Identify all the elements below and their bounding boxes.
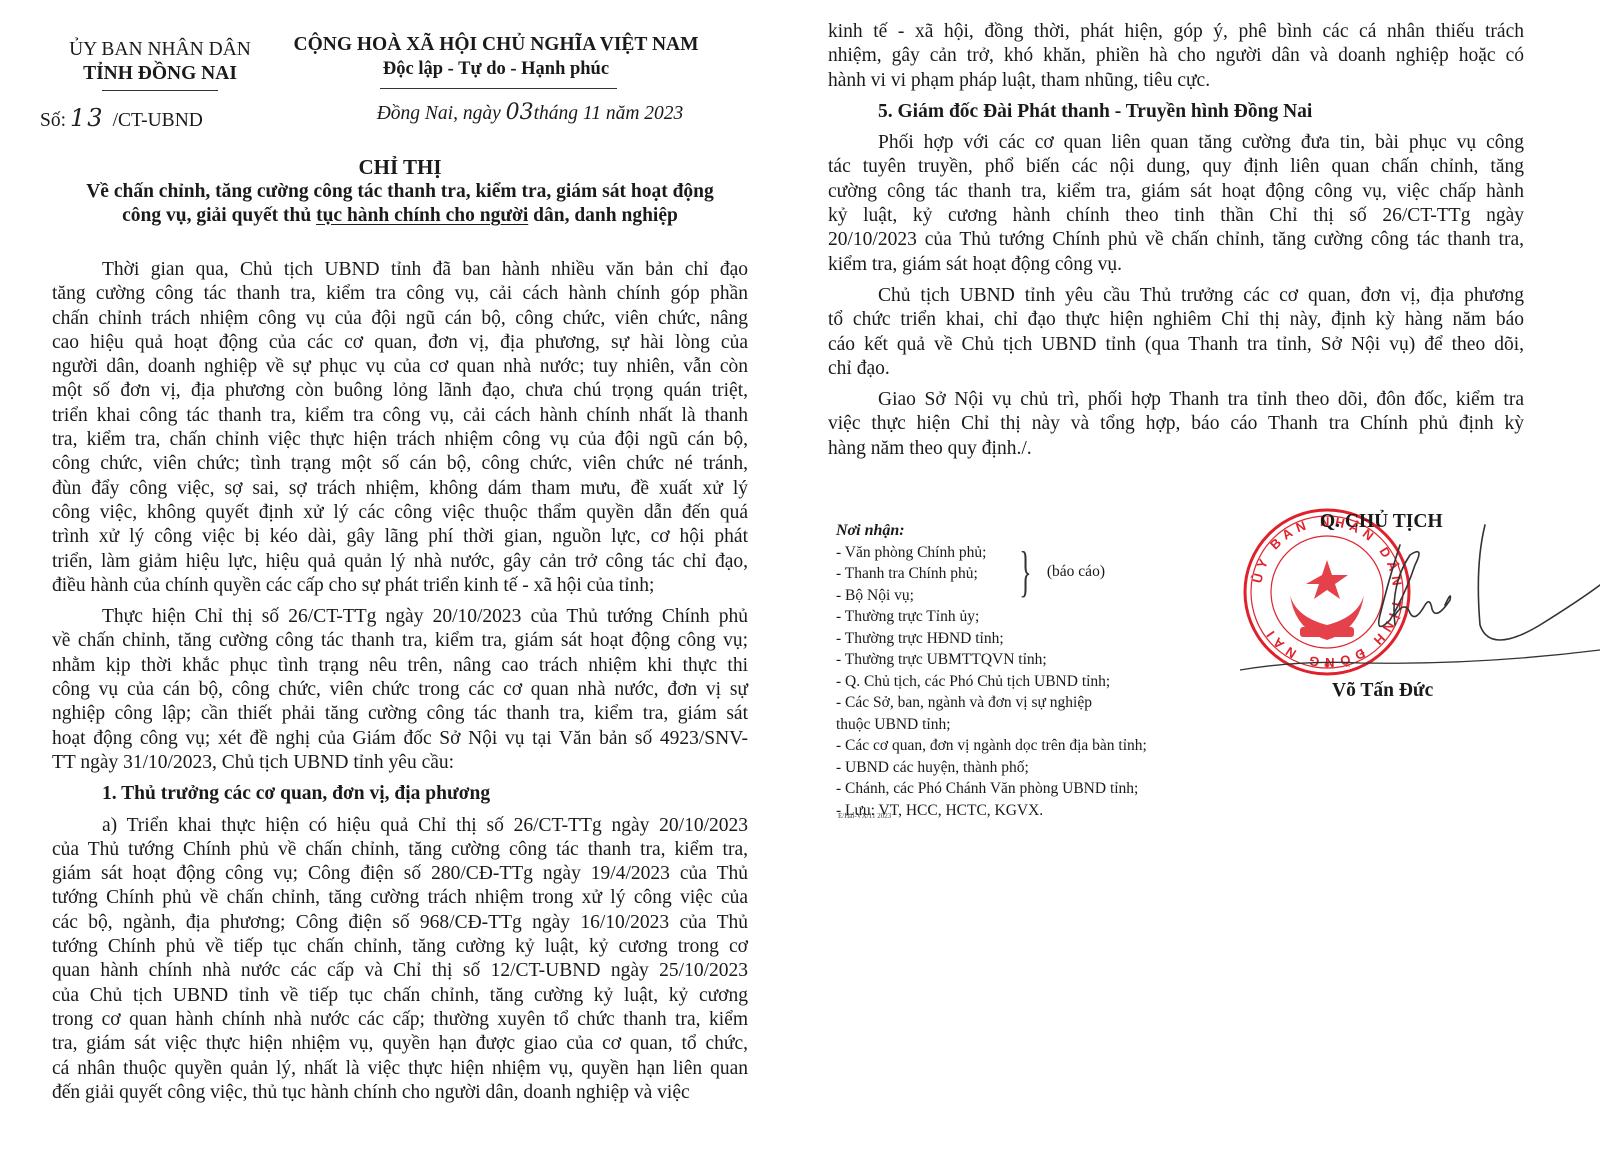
right-column-body: kinh tế - xã hội, đồng thời, phát hiện, … (828, 20, 1524, 461)
text-line: hàng năm theo quy định./. (828, 437, 1524, 461)
issuing-authority: ỦY BAN NHÂN DÂN TỈNH ĐỒNG NAI (40, 38, 280, 86)
text-line: của Chủ tịch UBND tỉnh về tiếp tục chấn … (52, 984, 748, 1008)
text-line: TT ngày 31/10/2023, Chủ tịch UBND tỉnh y… (52, 751, 748, 775)
doc-type: CHỈ THỊ (40, 154, 760, 180)
text-line: nhiệm, gây cản trở, khó khăn, phiền hà c… (828, 44, 1524, 68)
text-line: nhằm kịp thời khắc phục tình trạng nêu t… (52, 654, 748, 678)
text-line: công vụ của cán bộ, công chức, viên chức… (52, 678, 748, 702)
text-line: 20/10/2023 của Thủ tướng Chính phủ về ch… (828, 228, 1524, 252)
text-line: của Thủ tướng Chính phủ về chấn chỉnh, t… (52, 838, 748, 862)
text-line: tra, giám sát việc thực hiện nhiệm vụ, q… (52, 1032, 748, 1056)
signatory-title: Q. CHỦ TỊCH (1320, 511, 1443, 533)
text-line: quan hành chính nhà nước các cấp và Chỉ … (52, 959, 748, 983)
text-line: công việc, không quyết định xử lý các cô… (52, 501, 748, 525)
paragraph-reporting: Chủ tịch UBND tỉnh yêu cầu Thủ trưởng cá… (828, 284, 1524, 381)
paragraph-continued: kinh tế - xã hội, đồng thời, phát hiện, … (828, 20, 1524, 93)
text-line: triển, làm giảm hiệu lực, hiệu quả quản … (52, 550, 748, 574)
subject-underlined-part: tục hành chính cho người (316, 205, 528, 226)
recipient-item: - Các cơ quan, đơn vị ngành dọc trên địa… (836, 735, 1147, 757)
text-line: cáo kết quả về Chủ tịch UBND tỉnh (qua T… (828, 333, 1524, 357)
text-line: Phối hợp với các cơ quan liên quan tăng … (828, 131, 1524, 155)
recipient-item: - Q. Chủ tịch, các Phó Chủ tịch UBND tỉn… (836, 671, 1147, 693)
section-5-heading: 5. Giám đốc Đài Phát thanh - Truyền hình… (828, 100, 1524, 124)
motto-underline (380, 88, 617, 89)
subject-part: dân, danh nghiệp (528, 205, 678, 226)
signature-block: ỦY BAN NHÂN DÂN TỈNH ĐỒNG NAI Q. CHỦ TỊC… (1240, 505, 1600, 725)
subject-part: công vụ, giải quyết thủ (122, 205, 316, 226)
reference-code: E/Hải-VX/11 2023 (838, 812, 891, 820)
text-line: trình xử lý công việc bị kéo dài, gây lã… (52, 525, 748, 549)
recipient-item: - Chánh, các Phó Chánh Văn phòng UBND tỉ… (836, 778, 1147, 800)
text-line: Thời gian qua, Chủ tịch UBND tỉnh đã ban… (52, 258, 748, 282)
date-suffix: tháng 11 năm 2023 (534, 103, 684, 124)
text-line: các bộ, ngành, địa phương; Công điện số … (52, 911, 748, 935)
nation-motto: Độc lập - Tự do - Hạnh phúc (278, 57, 714, 81)
brace-icon: } (1019, 544, 1031, 600)
text-line: Giao Sở Nội vụ chủ trì, phối hợp Thanh t… (828, 388, 1524, 412)
recipient-item: - Các Sở, ban, ngành và đơn vị sự nghiệp (836, 692, 1147, 714)
recipient-item: - Thường trực UBMTTQVN tỉnh; (836, 649, 1147, 671)
text-line: người dân, doanh nghiệp về sự phục vụ củ… (52, 355, 748, 379)
text-line: giám sát hoạt động công vụ; Công điện số… (52, 862, 748, 886)
text-line: cao hiệu quả hoạt động của các cơ quan, … (52, 331, 748, 355)
text-line: về chấn chỉnh, tăng cường công tác thanh… (52, 629, 748, 653)
text-line: tra, kiểm tra, chấn chỉnh việc thực hiện… (52, 428, 748, 452)
text-line: cá nhân thuộc quyền quản lý, nhất là việ… (52, 1057, 748, 1081)
handwritten-number: 13 (70, 104, 105, 132)
document-date: Đồng Nai, ngày 03tháng 11 năm 2023 (330, 100, 730, 125)
doc-subject-line1: Về chấn chỉnh, tăng cường công tác thanh… (40, 180, 760, 204)
brace-note: } (báo cáo) (1012, 540, 1105, 604)
text-line: việc thực hiện Chỉ thị này và tổng hợp, … (828, 412, 1524, 436)
text-line: triển khai công tác thanh tra, kiểm tra … (52, 404, 748, 428)
org-line1: ỦY BAN NHÂN DÂN (40, 38, 280, 62)
handwritten-day: 03 (506, 100, 534, 125)
recipient-item: - Thường trực Tỉnh ủy; (836, 606, 1147, 628)
text-line: tướng Chính phủ về chấn chỉnh, tăng cườn… (52, 886, 748, 910)
text-line: đùn đẩy công việc, sợ sai, sợ trách nhiệ… (52, 477, 748, 501)
brace-note-text: (báo cáo) (1047, 563, 1105, 581)
doc-number-prefix: Số: (40, 110, 66, 131)
text-line: Chủ tịch UBND tỉnh yêu cầu Thủ trưởng cá… (828, 284, 1524, 308)
text-line: chấn chỉnh trách nhiệm công vụ của đội n… (52, 307, 748, 331)
nation-title: CỘNG HOÀ XÃ HỘI CHỦ NGHĨA VIỆT NAM (278, 33, 714, 57)
paragraph-assignment: Giao Sở Nội vụ chủ trì, phối hợp Thanh t… (828, 388, 1524, 461)
national-header: CỘNG HOÀ XÃ HỘI CHỦ NGHĨA VIỆT NAM Độc l… (278, 33, 714, 81)
text-line: trong cơ quan hành chính nhà nước các cấ… (52, 1008, 748, 1032)
text-line: đến giải quyết công việc, thủ tục hành c… (52, 1081, 748, 1105)
text-line: hành vi vi phạm pháp luật, tham nhũng, t… (828, 69, 1524, 93)
paragraph-basis: Thực hiện Chỉ thị số 26/CT-TTg ngày 20/1… (52, 605, 748, 775)
text-line: một số đơn vị, địa phương còn buông lỏng… (52, 379, 748, 403)
doc-number-suffix: /CT-UBND (113, 110, 203, 131)
recipient-item: - Thường trực HĐND tỉnh; (836, 628, 1147, 650)
text-line: tác tuyên truyền, phổ biến các nội dung,… (828, 155, 1524, 179)
paragraph-intro: Thời gian qua, Chủ tịch UBND tỉnh đã ban… (52, 258, 748, 598)
org-line2: TỈNH ĐỒNG NAI (40, 62, 280, 86)
left-column-body: Thời gian qua, Chủ tịch UBND tỉnh đã ban… (52, 258, 748, 1105)
recipients-title: Nơi nhận: (836, 520, 1147, 542)
text-line: nghiệp công lập; cần thiết phải tăng cườ… (52, 702, 748, 726)
document-number: Số:13/CT-UBND (40, 104, 203, 132)
section-1-heading: 1. Thủ trưởng các cơ quan, đơn vị, địa p… (52, 782, 748, 806)
recipient-item: - UBND các huyện, thành phố; (836, 757, 1147, 779)
text-line: tướng Chính phủ về tiếp tục chấn chỉnh, … (52, 935, 748, 959)
paragraph-1a: a) Triển khai thực hiện có hiệu quả Chỉ … (52, 814, 748, 1106)
text-line: công chức, viên chức; tình trạng một số … (52, 452, 748, 476)
text-line: tổ chức triển khai, chỉ đạo thực hiện ng… (828, 308, 1524, 332)
date-prefix: Đồng Nai, ngày (377, 103, 501, 124)
text-line: a) Triển khai thực hiện có hiệu quả Chỉ … (52, 814, 748, 838)
recipient-item: thuộc UBND tỉnh; (836, 714, 1147, 736)
document-title: CHỈ THỊ Về chấn chỉnh, tăng cường công t… (40, 154, 760, 228)
text-line: điều hành của chính quyền các cấp cho sự… (52, 574, 748, 598)
text-line: tăng cường công tác thanh tra, kiểm tra … (52, 282, 748, 306)
paragraph-section-5: Phối hợp với các cơ quan liên quan tăng … (828, 131, 1524, 277)
org-underline (102, 90, 218, 91)
text-line: Thực hiện Chỉ thị số 26/CT-TTg ngày 20/1… (52, 605, 748, 629)
signatory-name: Võ Tấn Đức (1332, 680, 1433, 702)
text-line: cường công tác thanh tra, kiểm tra, giám… (828, 180, 1524, 204)
text-line: hoạt động công vụ; xét đề nghị của Giám … (52, 727, 748, 751)
text-line: kiểm tra, giám sát hoạt động công vụ. (828, 253, 1524, 277)
doc-subject-line2: công vụ, giải quyết thủ tục hành chính c… (40, 204, 760, 228)
text-line: kỷ luật, kỷ cương hành chính theo tinh t… (828, 204, 1524, 228)
text-line: chỉ đạo. (828, 357, 1524, 381)
text-line: kinh tế - xã hội, đồng thời, phát hiện, … (828, 20, 1524, 44)
